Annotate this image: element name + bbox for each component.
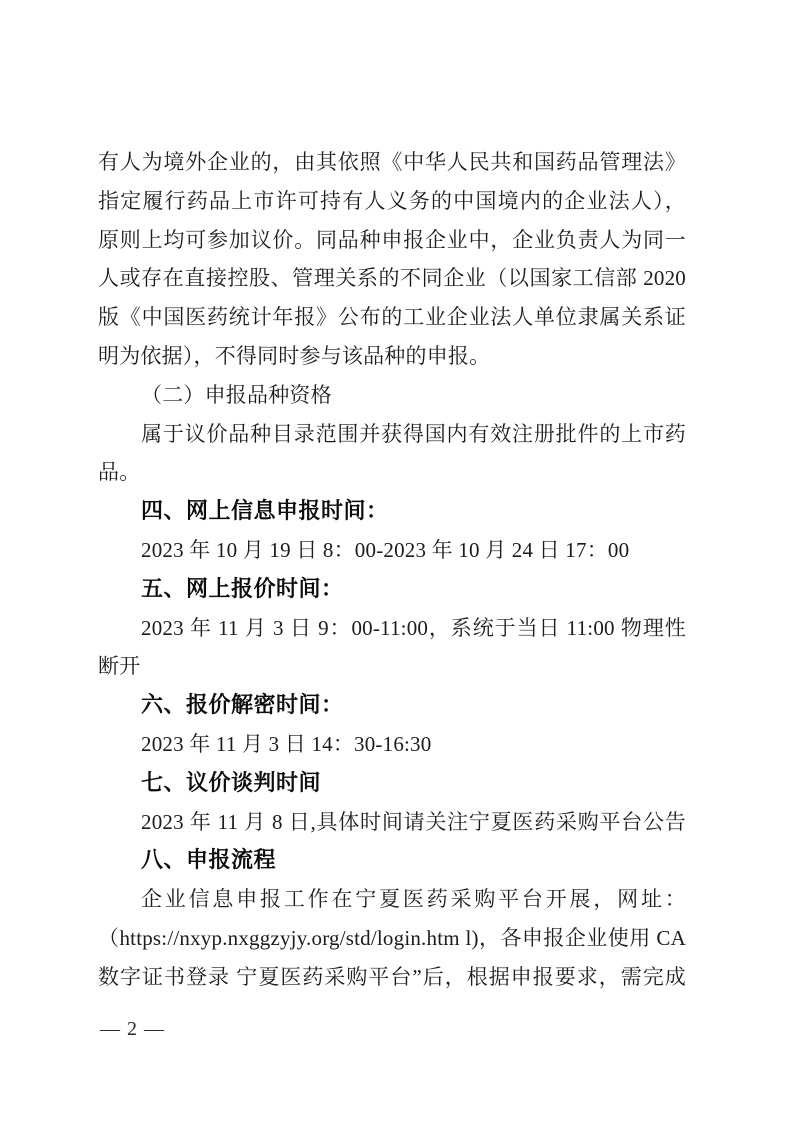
text-line: 原则上均可参加议价。同品种申报企业中，企业负责人为同一 (98, 221, 686, 260)
text-line: 2023 年 11 月 3 日 14：30-16:30 (98, 725, 686, 764)
text-line: 断开 (98, 647, 686, 686)
text-line: 品。 (98, 453, 686, 492)
text-line: 2023 年 11 月 3 日 9：00-11:00，系统于当日 11:00 物… (98, 609, 686, 648)
text-line: 版《中国医药统计年报》公布的工业企业法人单位隶属关系证 (98, 298, 686, 337)
text-line: 数字证书登录 宁夏医药采购平台”后，根据申报要求，需完成 (98, 958, 686, 997)
text-line: 2023 年 11 月 8 日,具体时间请关注宁夏医药采购平台公告 (98, 803, 686, 842)
section-heading: 五、网上报价时间： (98, 570, 686, 609)
section-heading: 六、报价解密时间： (98, 686, 686, 725)
section-heading: 四、网上信息申报时间： (98, 492, 686, 531)
text-line: 指定履行药品上市许可持有人义务的中国境内的企业法人）， (98, 182, 686, 221)
text-line: 企业信息申报工作在宁夏医药采购平台开展，网址： (98, 880, 686, 919)
text-line: （二）申报品种资格 (98, 376, 686, 415)
text-line: 人或存在直接控股、管理关系的不同企业（以国家工信部 2020 (98, 259, 686, 298)
document-page: 有人为境外企业的，由其依照《中华人民共和国药品管理法》指定履行药品上市许可持有人… (0, 0, 794, 1123)
document-body: 有人为境外企业的，由其依照《中华人民共和国药品管理法》指定履行药品上市许可持有人… (98, 143, 686, 997)
section-heading: 七、议价谈判时间 (98, 764, 686, 803)
text-line: 2023 年 10 月 19 日 8：00-2023 年 10 月 24 日 1… (98, 531, 686, 570)
text-line: （https://nxyp.nxggzyjy.org/std/login.htm… (98, 919, 686, 958)
text-line: 明为依据），不得同时参与该品种的申报。 (98, 337, 686, 376)
page-number: — 2 — (100, 1016, 165, 1042)
section-heading: 八、申报流程 (98, 841, 686, 880)
text-line: 属于议价品种目录范围并获得国内有效注册批件的上市药 (98, 415, 686, 454)
text-line: 有人为境外企业的，由其依照《中华人民共和国药品管理法》 (98, 143, 686, 182)
